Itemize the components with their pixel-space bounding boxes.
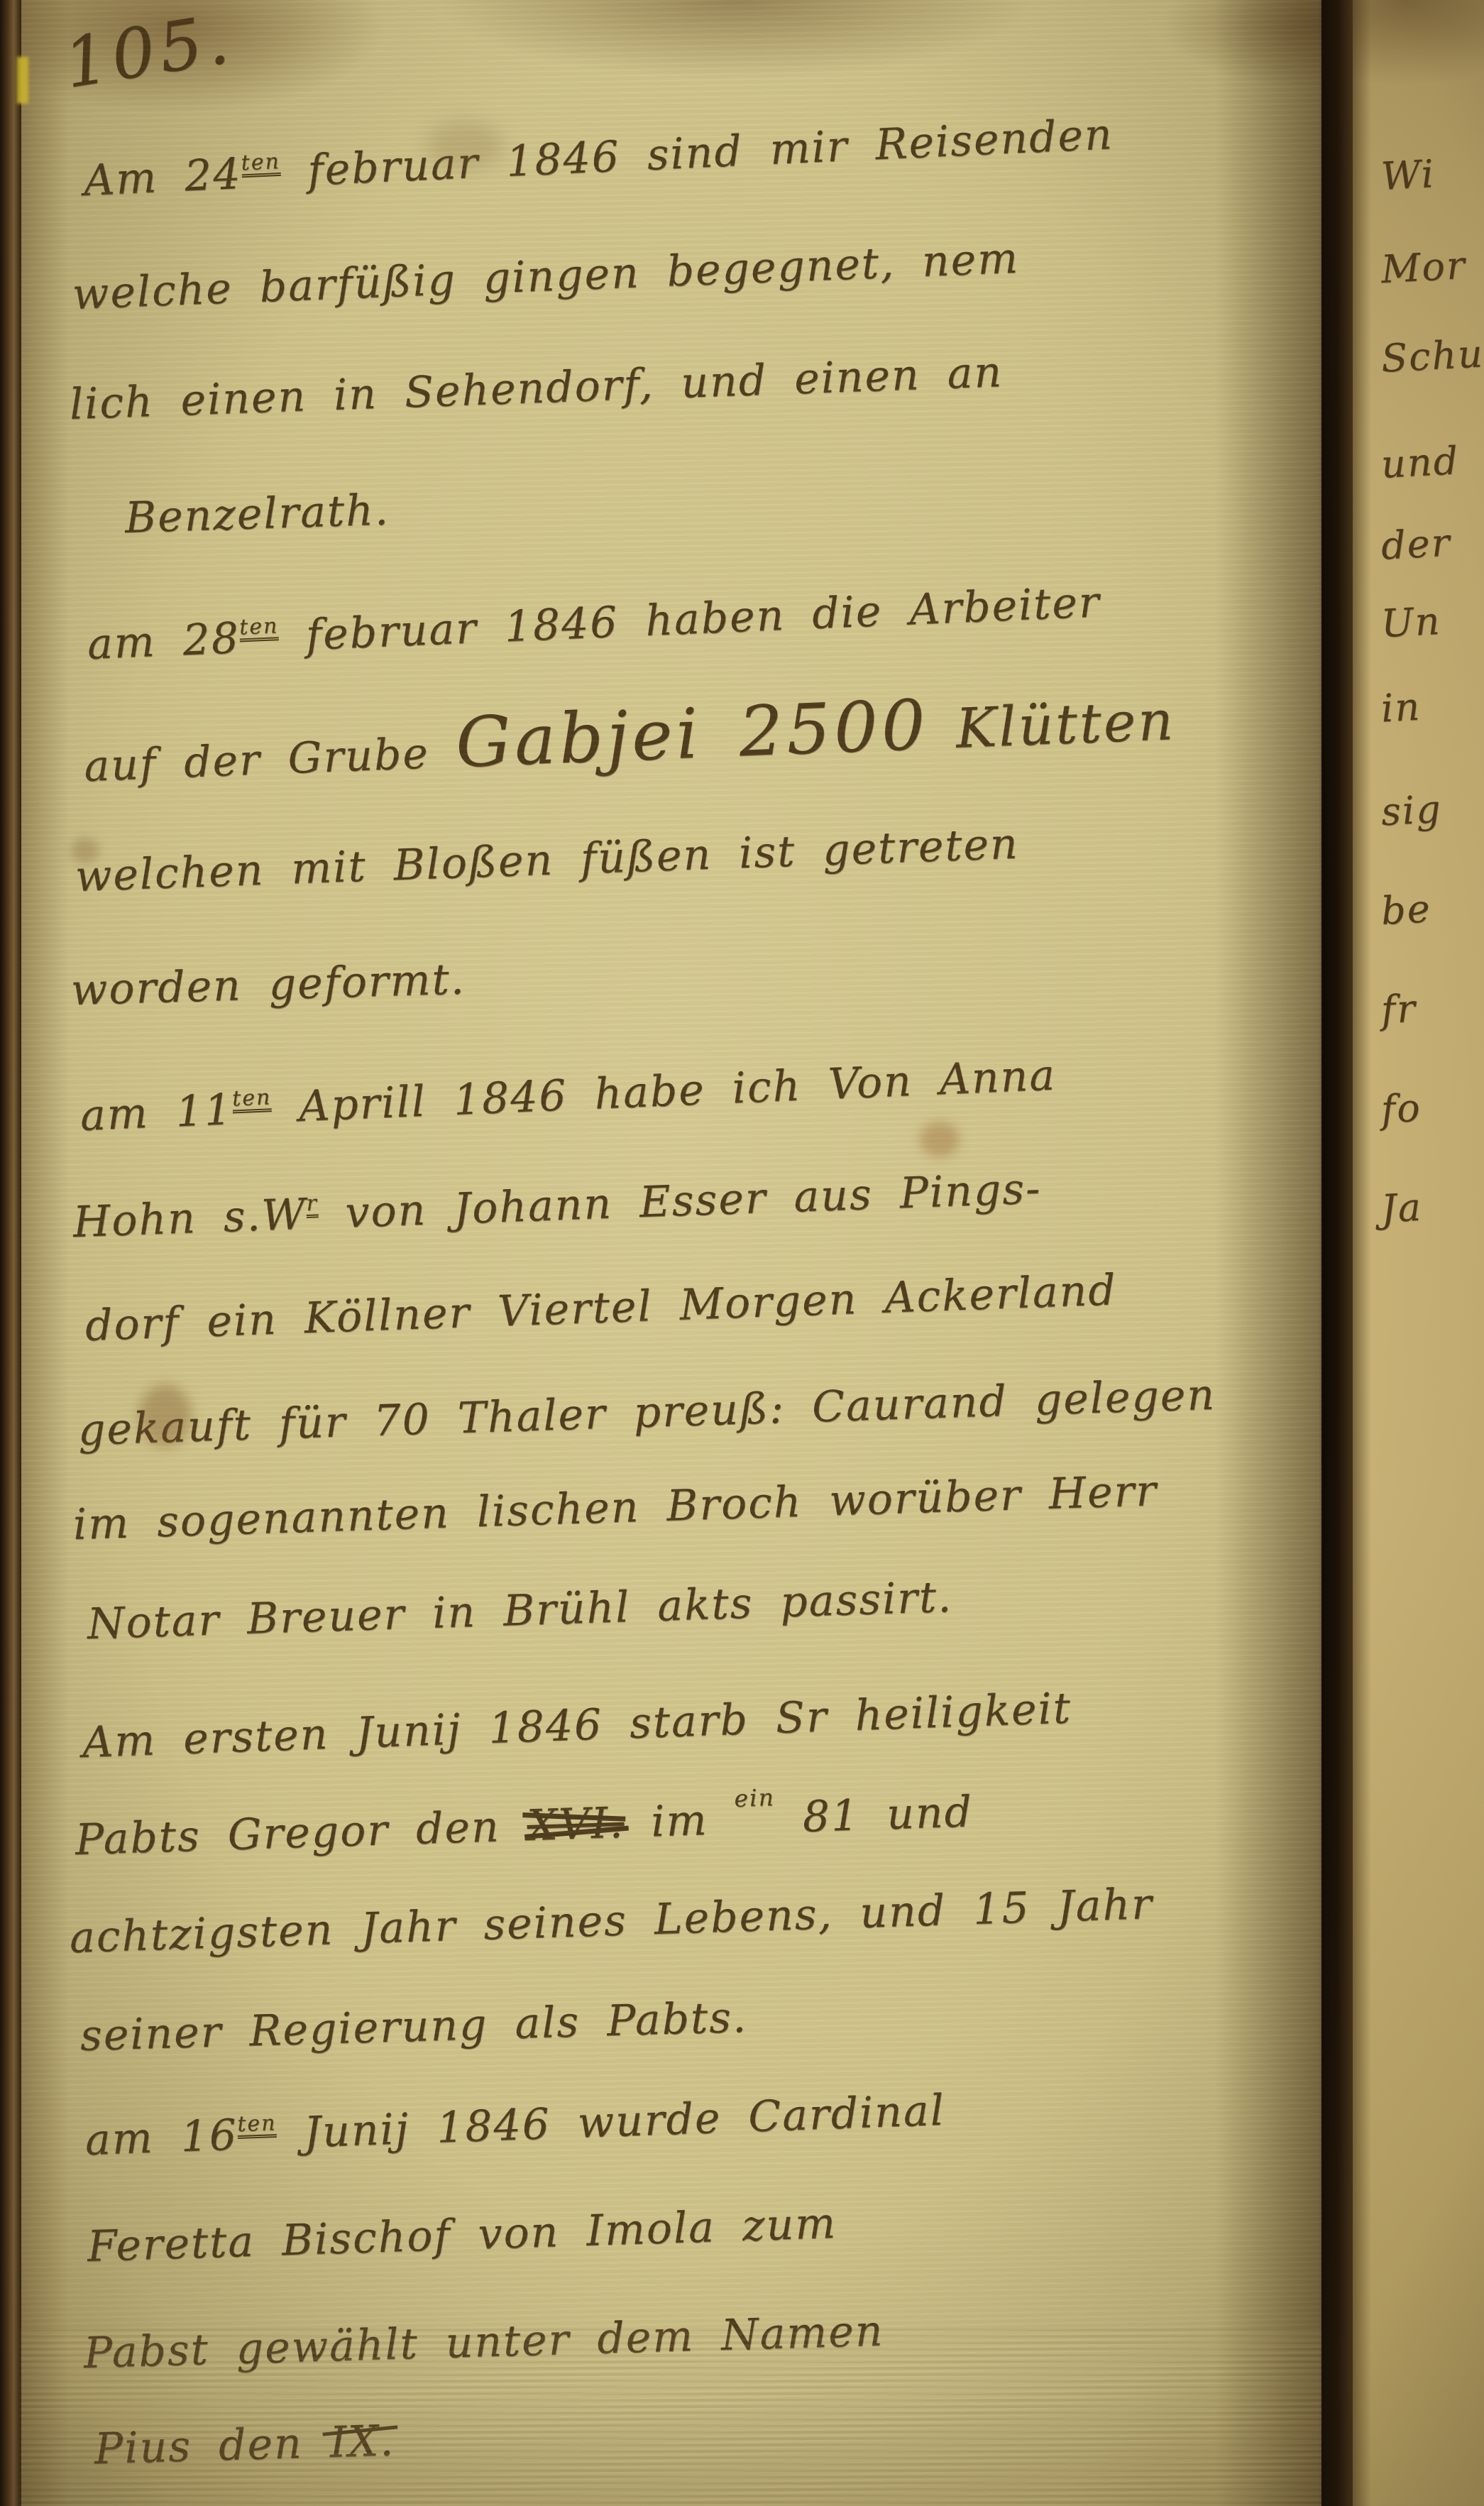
handwritten-text: im [623, 1795, 735, 1848]
manuscript-line: lich einen in Sehendorf, und einen an [69, 351, 1004, 426]
manuscript-line: auf der Grube Gabjei 2500 Klütten [82, 681, 1176, 792]
handwritten-text: Junij 1846 wurde Cardinal [276, 2086, 946, 2159]
handwritten-text: am 16 [84, 2111, 238, 2165]
manuscript-line: am 16ten Junij 1846 wurde Cardinal [84, 2089, 946, 2162]
facing-page-text-fragment: Wi [1380, 151, 1436, 199]
handwritten-text: seiner Regierung als Pabts. [79, 1993, 748, 2061]
handwritten-text: februar 1846 haben die Arbeiter [278, 577, 1101, 661]
facing-page-text-fragment: fr [1380, 986, 1417, 1033]
handwritten-text: am 28 [87, 613, 241, 669]
manuscript-line: Feretta Bischof von Imola zum [87, 2202, 837, 2268]
facing-page-text-fragment: sig [1380, 787, 1443, 834]
handwritten-text: Notar Breuer in Brühl akts passirt. [87, 1572, 953, 1649]
manuscript-line: welche barfüßig gingen begegnet, nem [72, 237, 1020, 316]
handwritten-text: Klütten [955, 689, 1176, 761]
manuscript-line: dorf ein Köllner Viertel Morgen Ackerlan… [84, 1269, 1118, 1347]
facing-page-text-fragment: und [1380, 438, 1460, 487]
handwritten-text: im sogenannten lischen Broch worüber Her… [72, 1466, 1158, 1550]
handwritten-text: Benzelrath. [124, 485, 390, 543]
superscript-ordinal: ten [237, 2113, 277, 2139]
facing-page-text-fragment: der [1380, 520, 1452, 568]
handwritten-text: Aprill 1846 habe ich Von Anna [271, 1050, 1057, 1132]
text-layer: Am 24ten februar 1846 sind mir Reisenden… [20, 0, 1321, 2506]
manuscript-scan: 105. Am 24ten februar 1846 sind mir Reis… [0, 0, 1484, 2506]
handwritten-text: Pabts Gregor den [75, 1801, 528, 1865]
manuscript-line: Pabts Gregor den XVI. im ein 81 und [75, 1790, 974, 1861]
handwritten-text: worden geformt. [70, 954, 466, 1014]
handwritten-text: IX. [329, 2416, 395, 2468]
manuscript-line: Pabst gewählt unter dem Namen [83, 2310, 884, 2375]
manuscript-line: welchen mit Bloßen füßen ist getreten [75, 823, 1020, 898]
handwritten-text: 81 und [775, 1787, 974, 1843]
manuscript-line: worden geformt. [70, 958, 466, 1011]
inserted-correction-text: ein [734, 1785, 775, 1810]
facing-page-text-fragment: be [1380, 886, 1432, 934]
facing-page-text-fragment: fo [1380, 1085, 1422, 1132]
manuscript-line: Hohn s.Wr von Johann Esser aus Pings- [72, 1167, 1042, 1244]
facing-page-text-fragment: in [1380, 684, 1422, 731]
manuscript-line: am 11ten Aprill 1846 habe ich Von Anna [79, 1054, 1057, 1138]
handwritten-text: welchen mit Bloßen füßen ist getreten [75, 819, 1020, 902]
handwritten-text: welche barfüßig gingen begegnet, nem [72, 234, 1021, 319]
manuscript-line: seiner Regierung als Pabts. [79, 1996, 748, 2057]
handwritten-text: von Johann Esser aus Pings- [317, 1164, 1042, 1239]
facing-page-text-fragment: Un [1380, 598, 1441, 646]
handwritten-text: februar 1846 sind mir Reisenden [280, 109, 1114, 197]
handwritten-text: am 11 [79, 1085, 234, 1141]
handwritten-text: auf der Grube [83, 728, 457, 792]
facing-page-text-fragment: Ja [1380, 1185, 1423, 1232]
handwritten-text: Hohn s.W [72, 1190, 308, 1247]
manuscript-line: Pius den IX. [94, 2419, 395, 2471]
handwritten-text: Feretta Bischof von Imola zum [87, 2199, 837, 2272]
handwritten-text: Am 24 [82, 149, 243, 206]
facing-page-sliver: WiMorSchuundderUninsigbefrfoJa [1353, 0, 1484, 2506]
manuscript-line: Notar Breuer in Brühl akts passirt. [87, 1576, 953, 1646]
handwritten-text: achtzigsten Jahr seines Lebens, und 15 J… [69, 1879, 1154, 1963]
handwritten-text: dorf ein Köllner Viertel Morgen Ackerlan… [84, 1265, 1118, 1351]
manuscript-line: Am 24ten februar 1846 sind mir Reisenden [83, 113, 1114, 203]
handwritten-text: Gabjei 2500 [454, 684, 930, 783]
superscript-ordinal: ten [241, 152, 281, 177]
page-gutter-shadow [1319, 0, 1353, 2506]
handwritten-text: gekauft für 70 Thaler preuß: Caurand gel… [77, 1370, 1216, 1455]
manuscript-line: Am ersten Junij 1846 starb Sr heiligkeit [82, 1687, 1072, 1764]
manuscript-line: im sogenannten lischen Broch worüber Her… [72, 1470, 1158, 1546]
struck-out-text: XVI. [526, 1798, 625, 1851]
handwritten-text [928, 708, 957, 759]
superscript-ordinal: ten [239, 616, 280, 642]
superscript-ordinal: ten [232, 1088, 273, 1113]
manuscript-line: Benzelrath. [124, 488, 390, 540]
book-binding-edge [0, 0, 21, 2506]
handwritten-text: Pius den [94, 2418, 331, 2474]
yellow-edge-mark [17, 57, 28, 104]
handwritten-text: lich einen in Sehendorf, und einen an [69, 347, 1004, 429]
manuscript-page: 105. Am 24ten februar 1846 sind mir Reis… [20, 0, 1321, 2506]
manuscript-line: gekauft für 70 Thaler preuß: Caurand gel… [77, 1374, 1216, 1452]
handwritten-text: Am ersten Junij 1846 starb Sr heiligkeit [82, 1683, 1072, 1768]
superscript-ordinal: r [306, 1193, 319, 1218]
manuscript-line: achtzigsten Jahr seines Lebens, und 15 J… [69, 1883, 1154, 1959]
facing-page-text-fragment: Schu [1380, 331, 1484, 381]
handwritten-text: Pabst gewählt unter dem Namen [83, 2307, 884, 2378]
manuscript-line: am 28ten februar 1846 haben die Arbeiter [87, 581, 1101, 667]
facing-page-text-fragment: Mor [1380, 243, 1467, 292]
